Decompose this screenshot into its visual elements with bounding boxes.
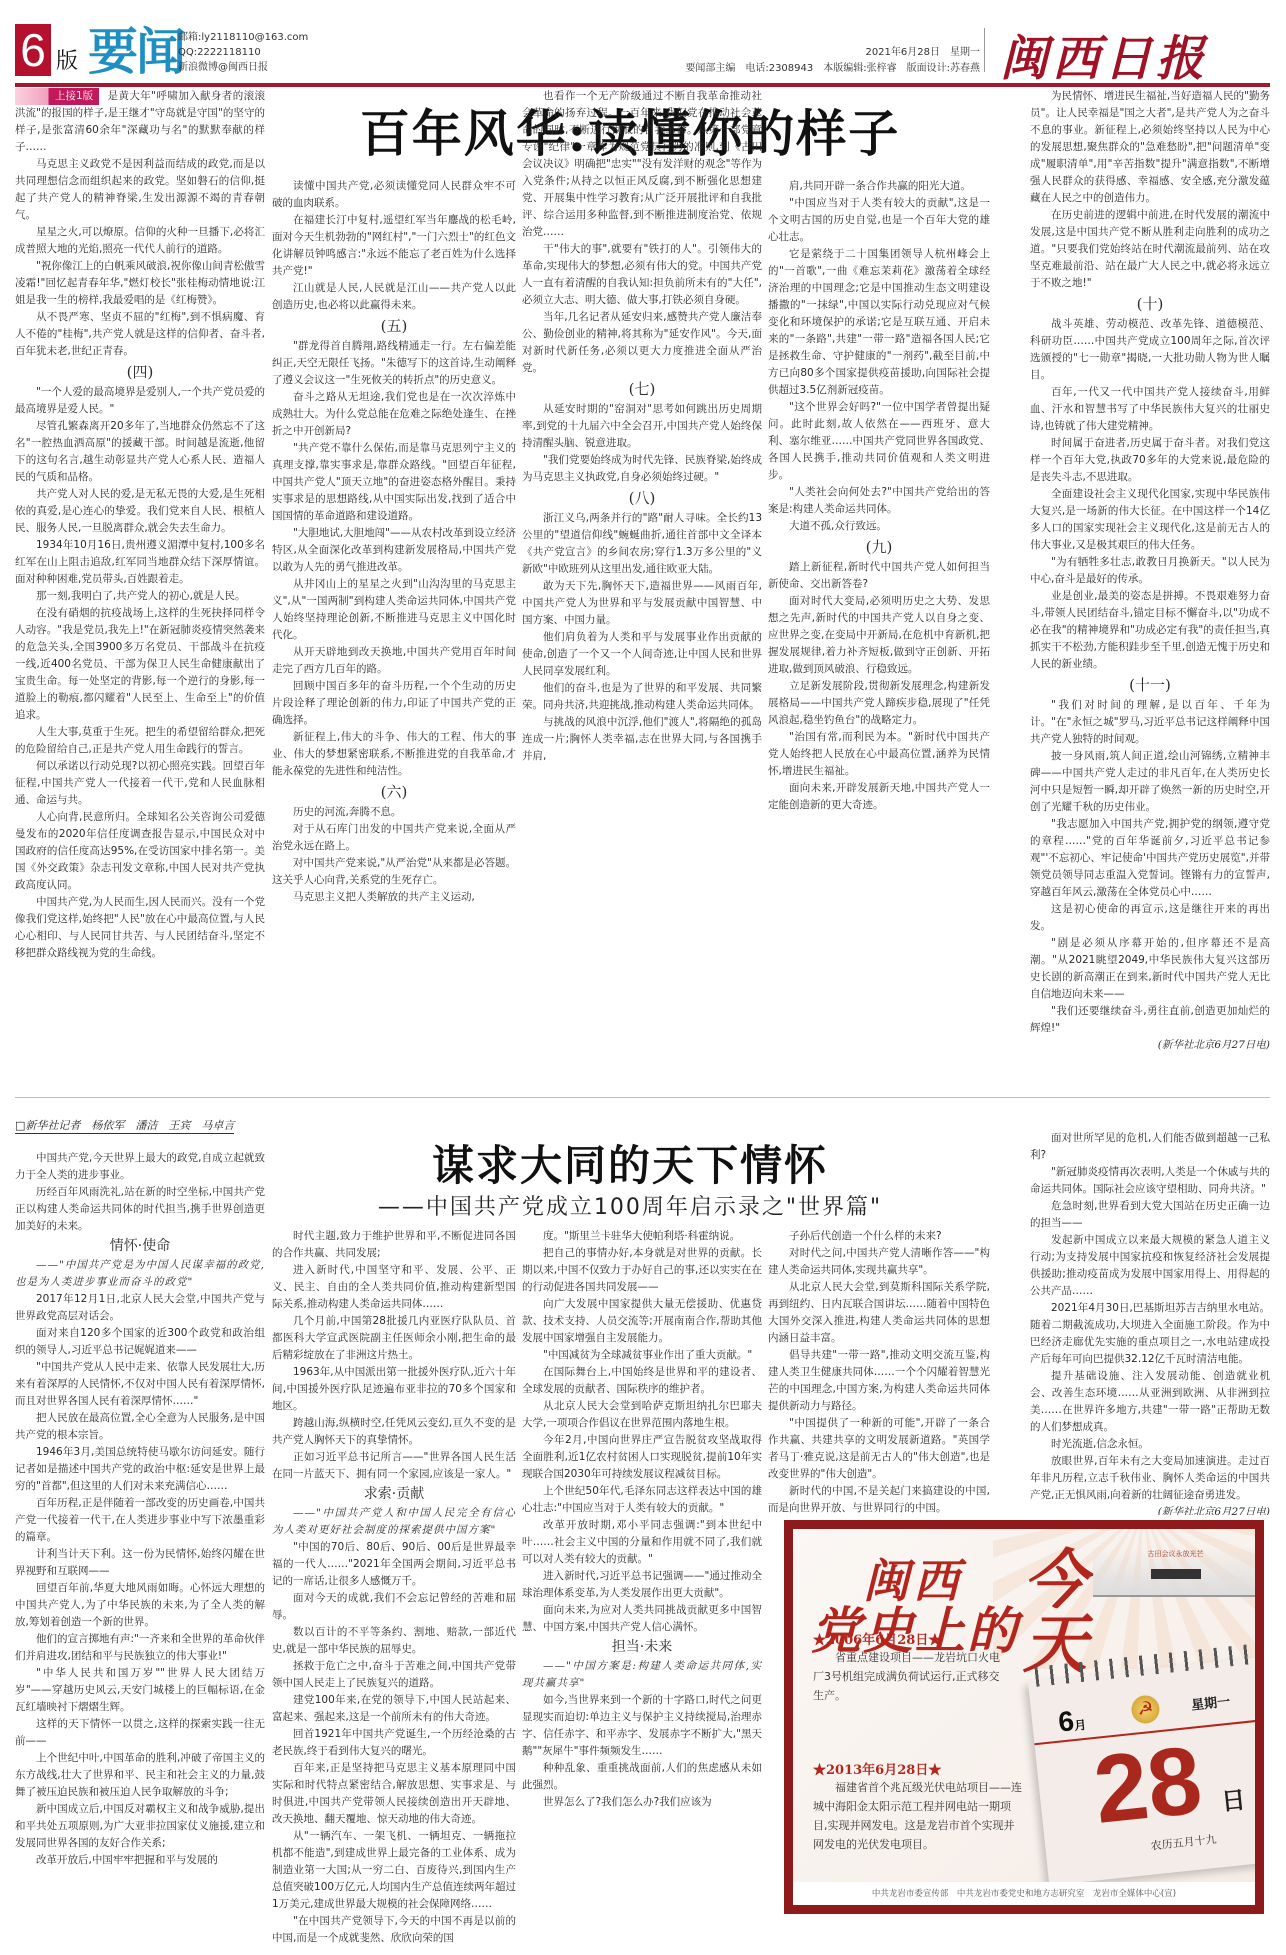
paragraph: 它是萦绕于二十国集团领导人杭州峰会上的"一首歌",一曲《难忘茉莉花》激荡着全球经… [768, 246, 990, 399]
paragraph: 倡导共建"一带一路",推动文明交流互鉴,构建人类卫生健康共同体……一个个闪耀着智… [768, 1347, 990, 1415]
page-suffix: 版 [56, 44, 78, 75]
calendar-day-unit: 日 [1219, 1780, 1247, 1817]
paragraph: 面对世所罕见的危机,人们能否做到超越一己私利? [1030, 1130, 1270, 1164]
paragraph: 干"伟大的事",就要有"铁打的人"。引领伟大的革命,实现伟大的梦想,必须有伟大的… [522, 241, 762, 309]
paragraph: "中国提供了一种新的可能",开辟了一条合作共赢、共建共享的文明发展新道路。"英国… [768, 1415, 990, 1483]
paragraph: "我们党要始终成为时代先锋、民族脊梁,始终成为马克思主义执政党,自身必须始终过硬… [522, 452, 762, 486]
article2-column-5: 面对世所罕见的危机,人们能否做到超越一己私利?"新冠肺炎疫情再次表明,人类是一个… [1030, 1130, 1270, 1515]
subsection-heading: 情怀·使命 [15, 1235, 265, 1257]
paragraph: "中华人民共和国万岁""世界人民大团结万岁"——穿越历史风云,天安门城楼上的巨幅… [15, 1665, 265, 1716]
paragraph: 在国际舞台上,中国始终是世界和平的建设者、全球发展的贡献者、国际秩序的维护者。 [522, 1364, 762, 1398]
paragraph: 面对今天的成就,我们不会忘记曾经的苦难和屈辱。 [272, 1590, 516, 1624]
paragraph: 种种乱象、重重挑战面前,人们的焦虑感从未如此强烈。 [522, 1760, 762, 1794]
paragraph: "共产党不靠什么保佑,而是靠马克思列宁主义的真理支撑,靠实事求是,靠群众路线。"… [272, 440, 516, 525]
article2-subheadline: ——中国共产党成立100周年启示录之"世界篇" [270, 1190, 990, 1221]
subsection-heading: 担当·未来 [522, 1636, 762, 1658]
subsection-quote: ——"中国方案是:构建人类命运共同体,实现共赢共享" [522, 1658, 762, 1692]
paragraph: 度。"斯里兰卡驻华大使帕利塔·科霍纳说。 [522, 1228, 762, 1245]
paragraph: "为有牺牲多壮志,敢教日月换新天。"以人民为中心,奋斗是最好的传承。 [1030, 554, 1270, 588]
paragraph: 历经百年风雨洗礼,站在新的时空坐标,中国共产党正以构建人类命运共同体的时代担当,… [15, 1184, 265, 1235]
article2-headline: 谋求大同的天下情怀 [270, 1133, 990, 1193]
paragraph: 百年来,正是坚持把马克思主义基本原理同中国实际和时代特点紧密结合,解放思想、实事… [272, 1760, 516, 1828]
paragraph: 从北京人民大会堂,到莫斯科国际关系学院,再到纽约、日内瓦联合国讲坛……随着中国特… [768, 1279, 990, 1347]
article-divider [15, 1097, 1270, 1098]
paragraph: "我志愿加入中国共产党,拥护党的纲领,遵守党的章程……"党的百年华诞前夕,习近平… [1030, 816, 1270, 901]
event-text: 省重点建设项目——龙岩坑口火电厂3号机组完成满负荷试运行,正式移交生产。 [813, 1648, 1003, 1705]
paragraph: 当年,几名记者从延安归来,感赞共产党人廉洁奉公、勤俭创业的精神,将其称为"延安作… [522, 309, 762, 377]
contact-qq: QQ:2222118110 [178, 45, 308, 60]
issue-date: 2021年6月28日 星期一 [865, 43, 980, 58]
section-number: (九) [768, 535, 990, 559]
paragraph: 百年历程,正是伴随着一部改变的历史画卷,中国共产党一代接着一代干,在人类进步事业… [15, 1495, 265, 1546]
page-number: 6 [15, 24, 51, 76]
event-text: 福建省首个兆瓦级光伏电站项目——连城中海阳金太阳示范工程并网电站一期项目,实现并… [813, 1778, 1023, 1854]
paragraph: "中国的70后、80后、90后、00后是世界最幸福的一代人……"2021年全国两… [272, 1539, 516, 1590]
paragraph: 浙江义乌,两条并行的"路"耐人寻味。全长约13公里的"望道信仰线"蜿蜒曲折,通往… [522, 510, 762, 578]
paragraph: "大胆地试,大胆地闯"——从农村改革到设立经济特区,从全面深化改革到构建新发展格… [272, 525, 516, 576]
paragraph: 立足新发展阶段,贯彻新发展理念,构建新发展格局——中国共产党人蹄疾步稳,展现了"… [768, 678, 990, 729]
paragraph: 人心向背,民意所归。全球知名公关咨询公司爱德曼发布的2020年信任度调查报告显示… [15, 809, 265, 894]
section-number: (十) [1030, 292, 1270, 316]
subsection-heading: 求索·贡献 [272, 1483, 516, 1505]
paragraph: 1963年,从中国派出第一批援外医疗队,近六十年间,中国援外医疗队足迹遍布亚非拉… [272, 1364, 516, 1415]
event-2006: ★2006年6月28日★ 省重点建设项目——龙岩坑口火电厂3号机组完成满负荷试运… [813, 1629, 1003, 1705]
paragraph: 新征程上,伟大的斗争、伟大的工程、伟大的事业、伟大的梦想紧密联系,不断推进党的自… [272, 729, 516, 780]
paragraph: 正如习近平总书记所言——"世界各国人民生活在同一片蓝天下、拥有同一个家园,应该是… [272, 1449, 516, 1483]
paragraph: 星星之火,可以燎原。信仰的火种一旦播下,必将汇成普照大地的光焰,照亮一代代人前行… [15, 224, 265, 258]
paragraph: 面对来自120多个国家的近300个政党和政治组织的领导人,习近平总书记娓娓道来—… [15, 1325, 265, 1359]
paragraph: 人生大事,莫重于生死。把生的希望留给群众,把死的危险留给自己,正是共产党人用生命… [15, 724, 265, 758]
paragraph: 进入新时代,中国坚守和平、发展、公平、正义、民主、自由的全人类共同价值,推动构建… [272, 1262, 516, 1313]
paragraph: 大道不孤,众行致远。 [768, 518, 990, 535]
paragraph: 改革开放后,中国牢牢把握和平与发展的 [15, 1852, 265, 1869]
paragraph: 在没有硝烟的抗疫战场上,这样的生死抉择同样令人动容。"我是党员,我先上!"在新冠… [15, 605, 265, 724]
paragraph: 肩,共同开辟一条合作共赢的阳光大道。 [768, 178, 990, 195]
dateline: (新华社北京6月27日电) [1030, 1504, 1270, 1515]
paragraph: 也看作一个无产阶级通过不断自我革命推动社会革命的扬弃过程。一百年来,我们党在推动… [522, 88, 762, 241]
contact-weibo: 新浪微博@闽西日报 [178, 60, 308, 75]
paragraph: 发起新中国成立以来最大规模的紧急人道主义行动;为支持发展中国家抗疫和恢复经济社会… [1030, 1232, 1270, 1300]
paragraph: 面向未来,为应对人类共同挑战贡献更多中国智慧、中国方案,中国共产党人信心满怀。 [522, 1602, 762, 1636]
paragraph: 业是创业,最美的姿态是拼搏。不畏艰难努力奋斗,带领人民团结奋斗,锚定目标不懈奋斗… [1030, 588, 1270, 673]
section-number: (十一) [1030, 673, 1270, 697]
subsection-quote: ——"中国共产党是为中国人民谋幸福的政党,也是为人类进步事业而奋斗的政党" [15, 1257, 265, 1291]
paragraph: 上个世纪50年代,毛泽东同志这样表达中国的雄心壮志:"中国应当对于人类有较大的贡… [522, 1483, 762, 1517]
divider [984, 28, 985, 72]
article2-column-4: 子孙后代创造一个什么样的未来?对时代之问,中国共产党人清晰作答——"构建人类命运… [768, 1228, 990, 1513]
paragraph: 战斗英雄、劳动模范、改革先锋、道德模范、科研功臣……中国共产党成立100周年之际… [1030, 316, 1270, 384]
paragraph: 对于从石库门出发的中国共产党来说,全面从严治党永远在路上。 [272, 821, 516, 855]
paragraph: 世界怎么了?我们怎么办?我们应该为 [522, 1794, 762, 1811]
paragraph: 数以百计的不平等条约、割地、赔款,一部近代史,就是一部中华民族的屈辱史。 [272, 1624, 516, 1658]
section-number: (八) [522, 486, 762, 510]
paragraph: 他们的奋斗,也是为了世界的和平发展、共同繁荣。同舟共济,共迎挑战,推动构建人类命… [522, 680, 762, 714]
continued-from-tag: 上接1版 [15, 88, 99, 105]
paragraph: 对时代之问,中国共产党人清晰作答——"构建人类命运共同体,实现共赢共享"。 [768, 1245, 990, 1279]
article2-column-3: 度。"斯里兰卡驻华大使帕利塔·科霍纳说。把自己的事情办好,本身就是对世界的贡献。… [522, 1228, 762, 1950]
paragraph: 何以承诺以行动兑现?以初心照亮实践。回望百年征程,中国共产党人一代接着一代干,党… [15, 758, 265, 809]
event-date: ★2013年6月28日★ [813, 1759, 1023, 1778]
paragraph: 放眼世界,百年未有之大变局加速演进。走过百年非凡历程,立志千秋伟业、胸怀人类命运… [1030, 1453, 1270, 1504]
paragraph: 上个世纪中叶,中国革命的胜利,冲破了帝国主义的东方战线,壮大了世界和平、民主和社… [15, 1750, 265, 1801]
section-title: 要闻 [88, 24, 184, 80]
paragraph: "这个世界会好吗?"一位中国学者曾提出疑问。此时此刻,故人依然在——西班牙、意大… [768, 399, 990, 484]
paragraph: 新中国成立后,中国反对霸权主义和战争威胁,提出和平共处五项原则,为广大亚非拉国家… [15, 1801, 265, 1852]
article2-column-2: 时代主题,致力于维护世界和平,不断促进同各国的合作共赢、共同发展;进入新时代,中… [272, 1228, 516, 1950]
paragraph: 这是初心使命的再宣示,这是继往开来的再出发。 [1030, 901, 1270, 935]
paragraph: 中国共产党,今天世界上最大的政党,自成立起就致力于全人类的进步事业。 [15, 1150, 265, 1184]
paragraph: "我们对时间的理解,是以百年、千年为计。"在"永恒之城"罗马,习近平总书记这样阐… [1030, 697, 1270, 748]
paragraph: 在历史前进的逻辑中前进,在时代发展的潮流中发展,这是中国共产党不断从胜利走向胜利… [1030, 207, 1270, 292]
paragraph: "一个人爱的最高境界是爱别人,一个共产党员爱的最高境界是爱人民。" [15, 384, 265, 418]
paragraph: 1946年3月,美国总统特使马歇尔访问延安。随行记者如是描述中国共产党的政治中枢… [15, 1444, 265, 1495]
building-caption: 古田会议永放光芒 [1093, 1549, 1258, 1559]
paragraph: 回首1921年中国共产党诞生,一个历经沧桑的古老民族,终于看到伟大复兴的曙光。 [272, 1726, 516, 1760]
paragraph: 从井冈山上的星星之火到"山沟沟里的马克思主义",从"一国两制"到构建人类命运共同… [272, 576, 516, 644]
paragraph: 踏上新征程,新时代中国共产党人如何担当新使命、交出新答卷? [768, 559, 990, 593]
paragraph: "中国应当对于人类有较大的贡献",这是一个文明古国的历史自觉,也是一个百年大党的… [768, 195, 990, 246]
calendar-weekday: 星期一 [1190, 1691, 1231, 1714]
section-number: (五) [272, 314, 516, 338]
paragraph: 子孙后代创造一个什么样的未来? [768, 1228, 990, 1245]
paragraph: 从不畏严寒、坚贞不屈的"红梅",到不惧病魔、育人不倦的"桂梅",共产党人就是这样… [15, 309, 265, 360]
paragraph: 中国共产党,为人民而生,因人民而兴。没有一个党像我们党这样,始终把"人民"放在心… [15, 894, 265, 962]
paragraph: 从延安时期的"窑洞对"思考如何跳出历史周期率,到党的十九届六中全会召开,中国共产… [522, 401, 762, 452]
paragraph: 计利当计天下利。这一份为民情怀,始终闪耀在世界视野和互联网—— [15, 1546, 265, 1580]
paragraph: 新时代的中国,不是关起门来搞建设的中国,而是向世界开放、与世界同行的中国。 [768, 1483, 990, 1513]
contact-email: 邮箱:ly2118110@163.com [178, 30, 308, 45]
paragraph: 他们肩负着为人类和平与发展事业作出贡献的使命,创造了一个又一个人间奇迹,让中国人… [522, 629, 762, 680]
event-2013: ★2013年6月28日★ 福建省首个兆瓦级光伏电站项目——连城中海阳金太阳示范工… [813, 1759, 1023, 1854]
event-date: ★2006年6月28日★ [813, 1629, 1003, 1648]
article1-column-5: 为民情怀、增进民生福祉,当好造福人民的"勤务员"。让人民幸福是"国之大者",是共… [1030, 88, 1270, 1088]
masthead-rule [15, 83, 1270, 87]
paragraph: 提升基础设施、注入发展动能、创造就业机会、改善生态环境……从亚洲到欧洲、从非洲到… [1030, 1368, 1270, 1436]
section-number: (七) [522, 377, 762, 401]
gutian-building-icon: 古田会议永放光芒 [1093, 1547, 1258, 1597]
paragraph: 回顾中国百多年的奋斗历程,一个个生动的历史片段诠释了理论创新的伟力,印证了中国共… [272, 678, 516, 729]
paragraph: 披一身风雨,筑人间正道,绘山河锦绣,立精神丰碑——中国共产党人走过的非凡百年,在… [1030, 748, 1270, 816]
calendar-page: 6月 ☭ 星期一 28 日 农历五月十九 [1028, 1658, 1264, 1886]
paragraph: 奋斗之路从无坦途,我们党也是在一次次淬炼中成熟壮大。为什么党总能在危难之际绝处逢… [272, 389, 516, 440]
paragraph: 回望百年前,华夏大地风雨如晦。心怀远大理想的中国共产党人,为了中华民族的未来,为… [15, 1580, 265, 1631]
article2-column-1: 中国共产党,今天世界上最大的政党,自成立起就致力于全人类的进步事业。历经百年风雨… [15, 1150, 265, 1950]
paragraph: 江山就是人民,人民就是江山——共产党人以此创造历史,也必将以此赢得未来。 [272, 280, 516, 314]
paragraph: 这样的天下情怀一以贯之,这样的探索实践一往无前—— [15, 1716, 265, 1750]
paragraph: 马克思主义把人类解放的共产主义运动, [272, 889, 516, 906]
calendar-month: 6月 [1057, 1704, 1088, 1739]
paragraph: 危急时刻,世界看到大党大国站在历史正确一边的担当—— [1030, 1198, 1270, 1232]
paragraph: "新冠肺炎疫情再次表明,人类是一个休戚与共的命运共同体。国际社会应该守望相助、同… [1030, 1164, 1270, 1198]
party-history-today-box: 闽西 党史上的 今天 古田会议永放光芒 ★2006年6月28日★ 省重点建设项目… [784, 1520, 1264, 1914]
promo-title-today: 今天 [1023, 1549, 1093, 1677]
paragraph: 对中国共产党来说,"从严治党"从来都是必答题。这关乎人心向背,关系党的生死存亡。 [272, 855, 516, 889]
paragraph: 全面建设社会主义现代化国家,实现中华民族伟大复兴,是一场新的伟大长征。在中国这样… [1030, 486, 1270, 554]
paragraph: 历史的河流,奔腾不息。 [272, 804, 516, 821]
paragraph: 在福建长汀中复村,遥望红军当年鏖战的松毛岭,面对今天生机勃勃的"网红村","一门… [272, 212, 516, 280]
newspaper-logo: 闽西日报 [1000, 20, 1208, 89]
paragraph: "人类社会向何处去?"中国共产党给出的答案是:构建人类命运共同体。 [768, 484, 990, 518]
party-emblem-icon: ☭ [1130, 1694, 1161, 1725]
article2-byline: □新华社记者 杨依军 潘洁 王宾 马卓言 [15, 1117, 234, 1134]
paragraph: 读懂中国共产党,必须读懂党同人民群众牢不可破的血肉联系。 [272, 178, 516, 212]
paragraph: 今年2月,中国向世界庄严宣告脱贫攻坚战取得全面胜利,近1亿农村贫困人口实现脱贫,… [522, 1432, 762, 1483]
staff-credits: 要闻部主编 电话:2308943 本版编辑:张梓睿 版面设计:苏春燕 [685, 59, 980, 74]
paragraph: 马克思主义政党不是因利益而结成的政党,而是以共同理想信念而组织起来的政党。坚如磐… [15, 156, 265, 224]
paragraph: 跨越山海,纵横时空,任凭风云变幻,亘久不变的是共产党人胸怀天下的真挚情怀。 [272, 1415, 516, 1449]
paragraph: 共产党人对人民的爱,是无私无畏的大爱,是生死相依的真爱,是心连心的挚爱。我们党来… [15, 486, 265, 537]
article1-column-2: 读懂中国共产党,必须读懂党同人民群众牢不可破的血肉联系。在福建长汀中复村,遥望红… [272, 178, 516, 1088]
paragraph: 改革开放时期,邓小平同志强调:"到本世纪中叶……社会主义中国的分量和作用就不同了… [522, 1517, 762, 1568]
paragraph: 从"一辆汽车、一架飞机、一辆坦克、一辆拖拉机都不能造",到建成世界上最完备的工业… [272, 1828, 516, 1913]
paragraph: 2021年4月30日,巴基斯坦苏吉吉纳里水电站。随着二期截流成功,大坝进入全面施… [1030, 1300, 1270, 1368]
paragraph: 拯救于危亡之中,奋斗于苦难之间,中国共产党带领中国人民走上了民族复兴的道路。 [272, 1658, 516, 1692]
paragraph: 那一刻,我明白了,共产党人的初心,就是人民。 [15, 588, 265, 605]
article1-column-4: 肩,共同开辟一条合作共赢的阳光大道。"中国应当对于人类有较大的贡献",这是一个文… [768, 178, 990, 1088]
paragraph: "祝你像江上的白帆乘风破浪,祝你像山间青松傲雪凌霜!"回忆起青春年华,"燃灯校长… [15, 258, 265, 309]
section-number: (四) [15, 360, 265, 384]
paragraph: 时光流逝,信念永恒。 [1030, 1436, 1270, 1453]
paragraph: "中国共产党从人民中走来、依靠人民发展壮大,历来有着深厚的人民情怀,不仅对中国人… [15, 1359, 265, 1410]
contact-info: 邮箱:ly2118110@163.com QQ:2222118110 新浪微博@… [178, 30, 308, 75]
paragraph: "剧是必须从序幕开始的,但序幕还不是高潮。"从2021眺望2049,中华民族伟大… [1030, 935, 1270, 1003]
promo-credits: 中共龙岩市委宣传部 中共龙岩市委党史和地方志研究室 龙岩市全媒体中心(宣) [793, 1882, 1255, 1906]
paragraph: 尽管孔繁森离开20多年了,当地群众仍然忘不了这名"一腔热血洒高原"的援藏干部。时… [15, 418, 265, 486]
article1-column-1: 上接1版是黄大年"呼啸加入献身者的滚滚洪流"的报国的样子,是王继才"守岛就是守国… [15, 88, 265, 1088]
paragraph: 时代主题,致力于维护世界和平,不断促进同各国的合作共赢、共同发展; [272, 1228, 516, 1262]
paragraph: 面对时代大变局,必须明历史之大势、发思想之先声,新时代的中国共产党人以自身之变、… [768, 593, 990, 678]
paragraph: 为民情怀、增进民生福祉,当好造福人民的"勤务员"。让人民幸福是"国之大者",是共… [1030, 88, 1270, 207]
paragraph: 1934年10月16日,贵州遵义湄潭中复村,100多名红军在山上阻击追敌,红军同… [15, 537, 265, 588]
paragraph: 与挑战的风浪中沉浮,他们"渡人",将隔绝的孤岛连成一片;胸怀人类幸福,志在世界大… [522, 714, 762, 765]
paragraph: 百年,一代又一代中国共产党人接续奋斗,用鲜血、汗水和智慧书写了中华民族伟大复兴的… [1030, 384, 1270, 435]
paragraph: 从开天辟地到改天换地,中国共产党用百年时间走完了西方几百年的路。 [272, 644, 516, 678]
paragraph: 他们的宣言掷地有声:"一齐来和全世界的革命伙伴们并肩进攻,团结和平与民族独立的伟… [15, 1631, 265, 1665]
paragraph: 时间属于奋进者,历史属于奋斗者。对我们党这样一个百年大党,执政70多年的大党来说… [1030, 435, 1270, 486]
paragraph: "在中国共产党领导下,今天的中国不再是以前的中国,而是一个成就斐然、欣欣向荣的国 [272, 1913, 516, 1947]
paragraph: 把人民放在最高位置,全心全意为人民服务,是中国共产党的根本宗旨。 [15, 1410, 265, 1444]
subsection-quote: ——"中国共产党人和中国人民完全有信心为人类对更好社会制度的探索提供中国方案" [272, 1505, 516, 1539]
paragraph: 敢为天下先,胸怀天下,造福世界——风雨百年,中国共产党人为世界和平与发展贡献中国… [522, 578, 762, 629]
paragraph: 几个月前,中国第28批援几内亚医疗队队员、首都医科大学宣武医院副主任医师余小刚,… [272, 1313, 516, 1364]
dateline: (新华社北京6月27日电) [1030, 1037, 1270, 1054]
calendar-day: 28 [1090, 1730, 1207, 1841]
paragraph: 向广大发展中国家提供大量无偿援助、优惠贷款、技术支持、人员交流等;开展南南合作,… [522, 1296, 762, 1347]
paragraph: 如今,当世界来到一个新的十字路口,时代之问更显现实而迫切:单边主义与保护主义持续… [522, 1692, 762, 1760]
paragraph: 把自己的事情办好,本身就是对世界的贡献。长期以来,中国不仅致力于办好自己的事,还… [522, 1245, 762, 1296]
masthead: 6 版 要闻 邮箱:ly2118110@163.com QQ:222211811… [0, 0, 1286, 88]
paragraph: 面向未来,开辟发展新天地,中国共产党人一定能创造新的更大奇迹。 [768, 780, 990, 814]
article1-column-3: 也看作一个无产阶级通过不断自我革命推动社会革命的扬弃过程。一百年来,我们党在推动… [522, 88, 762, 1088]
paragraph: 上接1版是黄大年"呼啸加入献身者的滚滚洪流"的报国的样子,是王继才"守岛就是守国… [15, 88, 265, 156]
paragraph: 2017年12月1日,北京人民大会堂,中国共产党与世界政党高层对话会。 [15, 1291, 265, 1325]
paragraph: "我们还要继续奋斗,勇往直前,创造更加灿烂的辉煌!" [1030, 1003, 1270, 1037]
paragraph: "群龙得首自腾翔,路线精通走一行。左右偏差能纠正,天空无限任飞扬。"朱德写下的这… [272, 338, 516, 389]
paragraph: "治国有常,而利民为本。"新时代中国共产党人始终把人民放在心中最高位置,涵养为民… [768, 729, 990, 780]
paragraph: 进入新时代,习近平总书记强调——"通过推动全球治理体系变革,为人类发展作出更大贡… [522, 1568, 762, 1602]
paragraph: "中国减贫为全球减贫事业作出了重大贡献。" [522, 1347, 762, 1364]
paragraph: 从北京人民大会堂到哈萨克斯坦纳扎尔巴耶夫大学,一项项合作倡议在世界范围内落地生根… [522, 1398, 762, 1432]
section-number: (六) [272, 780, 516, 804]
paragraph: 建党100年来,在党的领导下,中国人民站起来、富起来、强起来,这是一个前所未有的… [272, 1692, 516, 1726]
